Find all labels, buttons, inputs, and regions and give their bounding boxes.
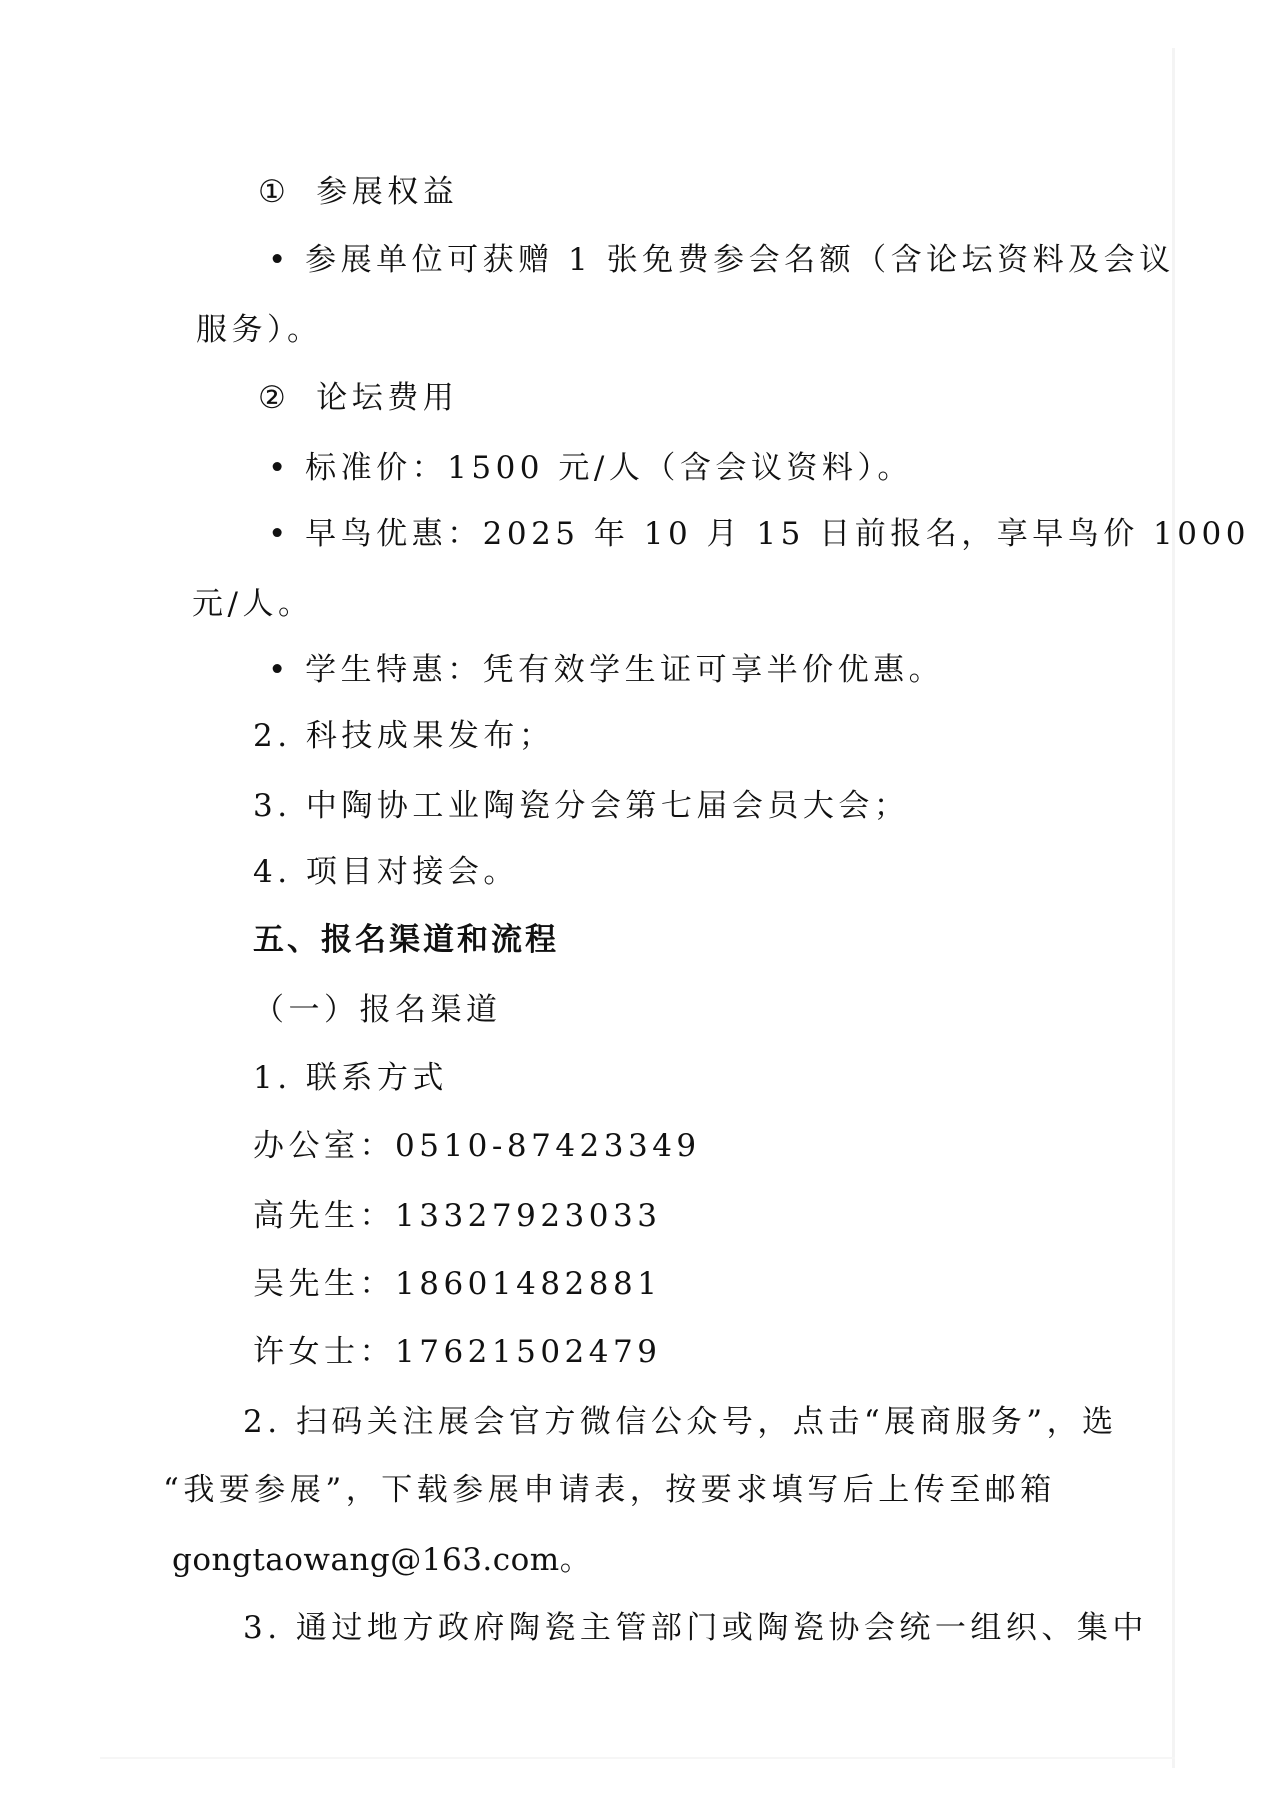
fee-standard-price: • 标准价：1500 元/人（含会议资料）。 — [268, 448, 913, 488]
document-page: ①参展权益 • 参展单位可获赠 1 张免费参会名额（含论坛资料及会议 服务）。 … — [0, 0, 1279, 1809]
fee-early-bird-line-2: 元/人。 — [192, 584, 313, 624]
circled-number-one: ① — [258, 172, 290, 212]
fee-student-discount: • 学生特惠：凭有效学生证可享半价优惠。 — [268, 650, 944, 690]
wechat-instruction-line-2: “我要参展”，下载参展申请表，按要求填写后上传至邮箱 — [163, 1470, 1056, 1510]
contact-xu: 许女士：17621502479 — [253, 1332, 661, 1372]
fee-heading: ②论坛费用 — [258, 378, 458, 418]
wechat-instruction-line-1: 2. 扫码关注展会官方微信公众号，点击“展商服务”，选 — [243, 1402, 1118, 1442]
benefit-heading: ①参展权益 — [258, 172, 458, 212]
local-government-channel: 3. 通过地方政府陶瓷主管部门或陶瓷协会统一组织、集中 — [243, 1608, 1148, 1648]
contact-wu: 吴先生：18601482881 — [253, 1264, 661, 1304]
item-tech-release: 2. 科技成果发布； — [253, 716, 554, 756]
section-5-heading: 五、报名渠道和流程 — [253, 920, 559, 960]
benefit-heading-text: 参展权益 — [316, 174, 458, 210]
fee-heading-text: 论坛费用 — [316, 380, 458, 416]
page-bottom-edge — [100, 1757, 1175, 1759]
page-edge-shadow — [1172, 48, 1175, 1768]
subsection-registration-channels: （一）报名渠道 — [253, 990, 502, 1030]
fee-early-bird-line-1: • 早鸟优惠：2025 年 10 月 15 日前报名，享早鸟价 1000 — [268, 514, 1250, 554]
benefit-bullet-line-1: • 参展单位可获赠 1 张免费参会名额（含论坛资料及会议 — [268, 240, 1175, 280]
item-project-matching: 4. 项目对接会。 — [253, 852, 519, 892]
benefit-bullet-line-2: 服务）。 — [196, 310, 323, 350]
contact-heading: 1. 联系方式 — [253, 1058, 448, 1098]
contact-gao: 高先生：13327923033 — [253, 1196, 661, 1236]
circled-number-two: ② — [258, 378, 290, 418]
item-member-congress: 3. 中陶协工业陶瓷分会第七届会员大会； — [253, 786, 909, 826]
contact-office: 办公室：0510-87423349 — [253, 1126, 701, 1166]
wechat-email: gongtaowang@163.com。 — [172, 1540, 591, 1580]
